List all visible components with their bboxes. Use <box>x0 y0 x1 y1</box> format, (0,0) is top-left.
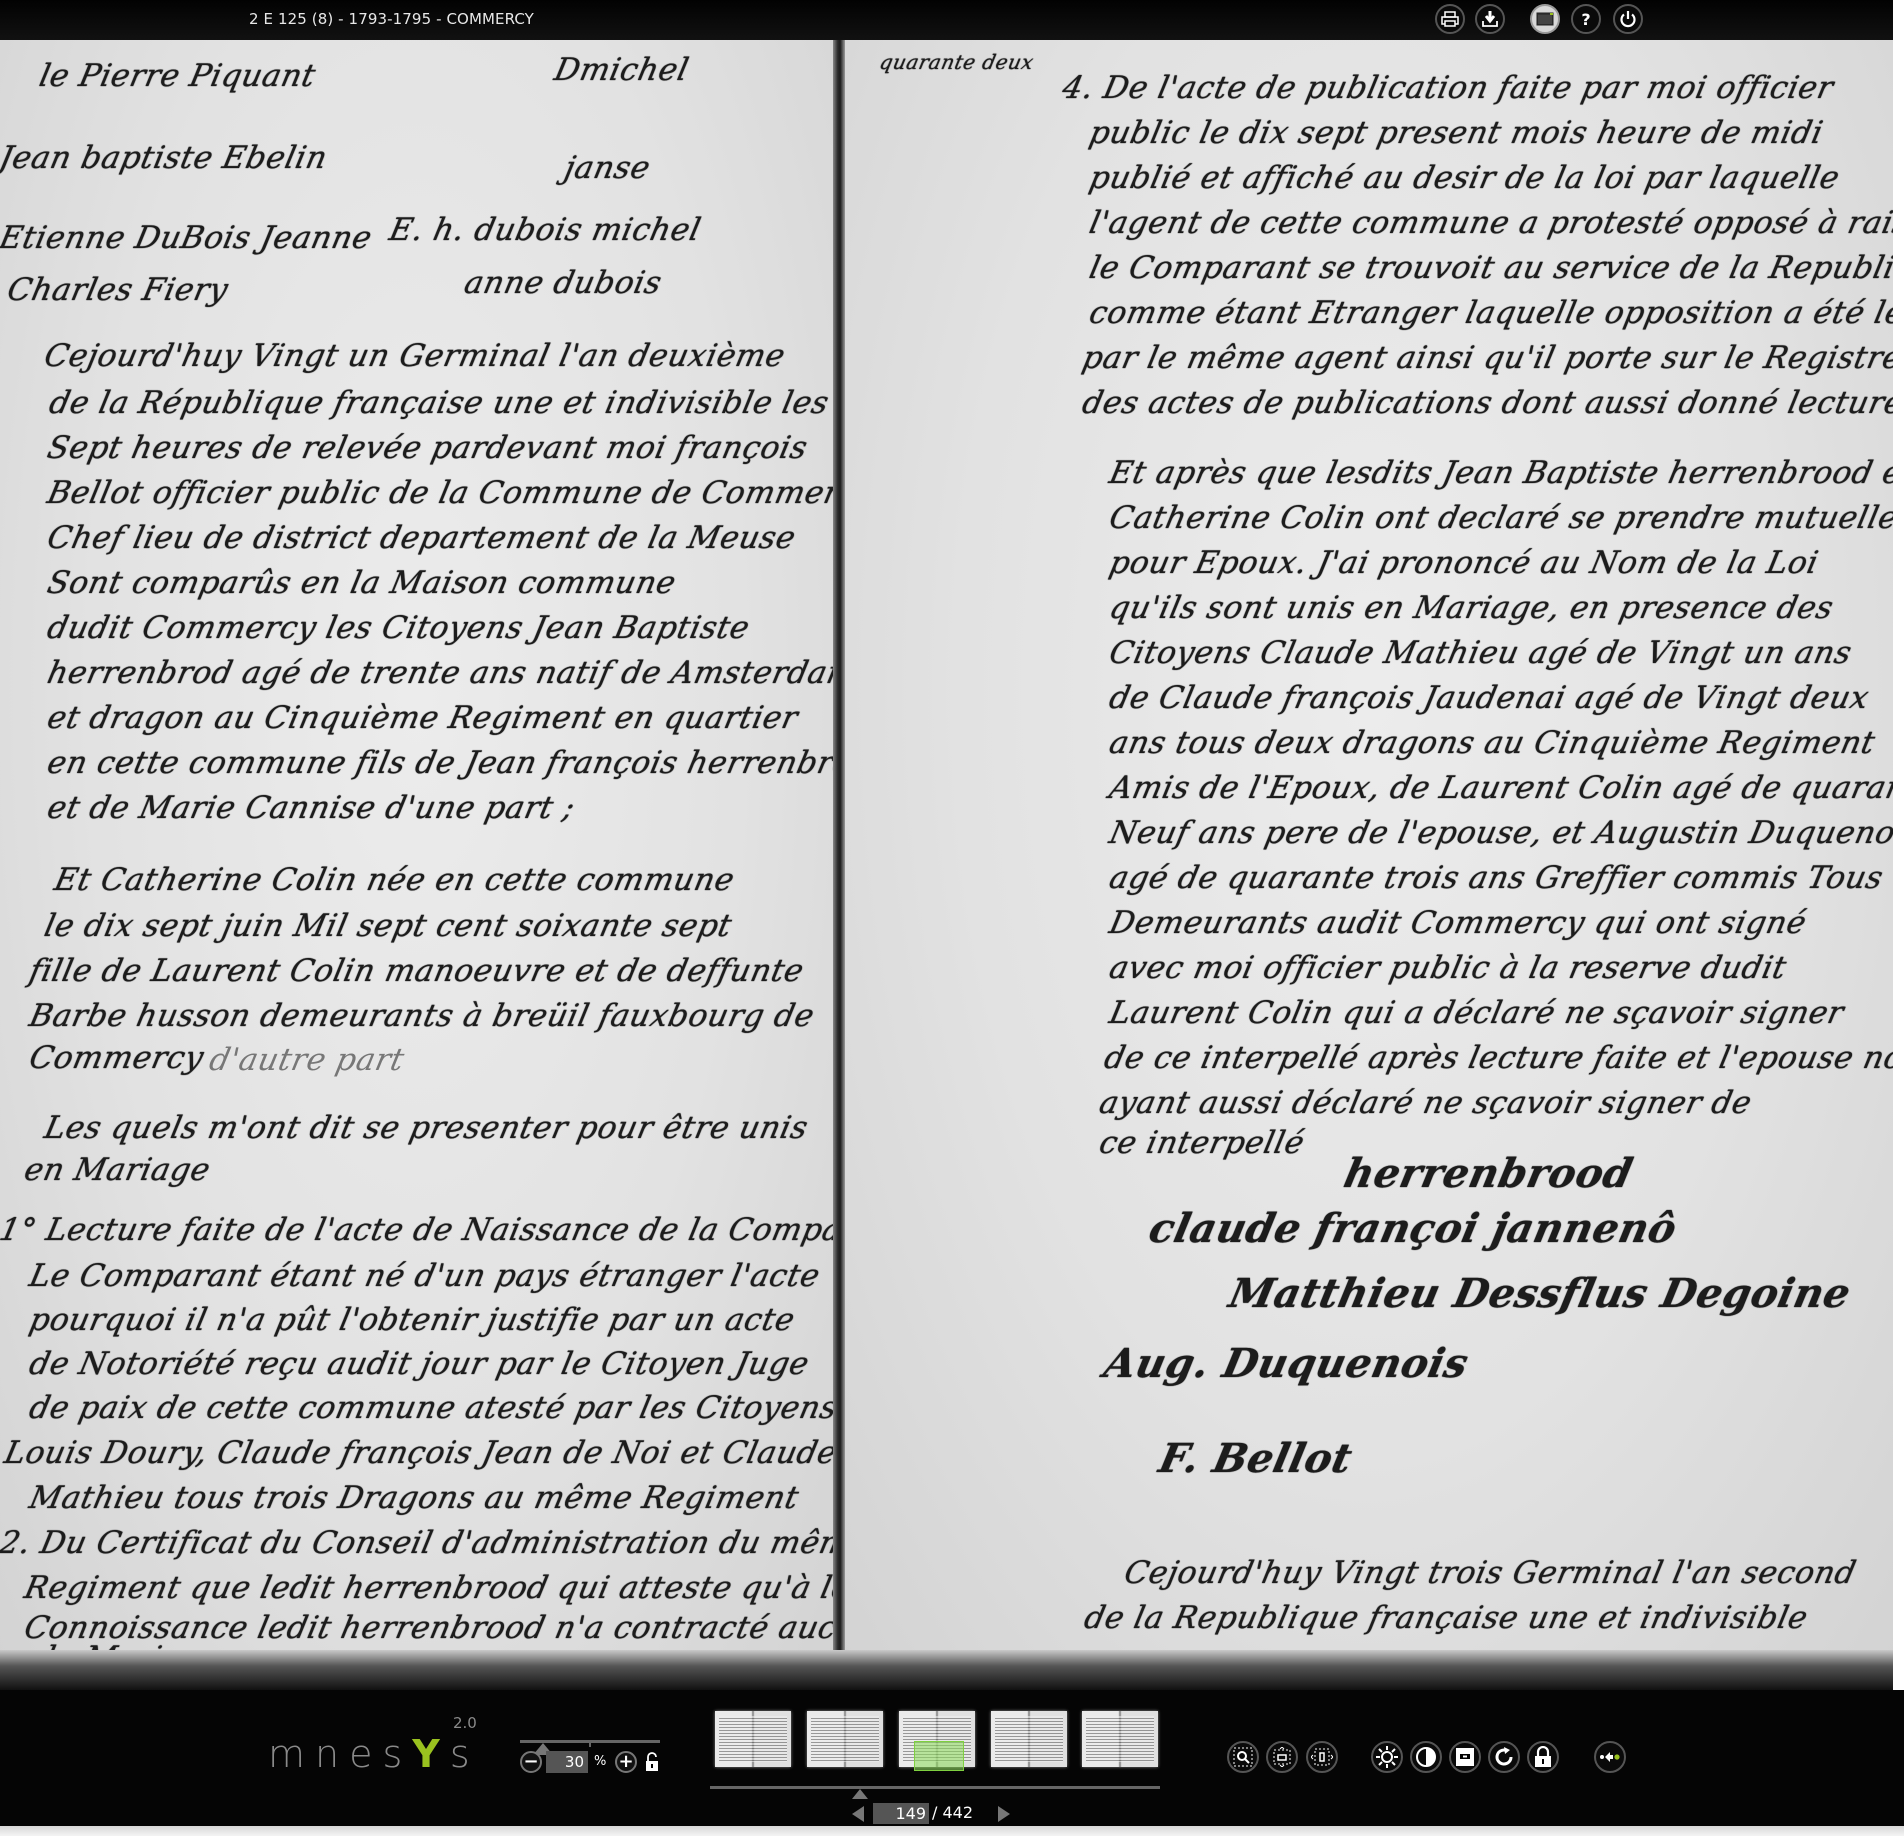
handwritten-line: Sept heures de relevée pardevant moi fra… <box>44 430 811 466</box>
handwritten-line: et de Marie Cannise d'une part ; <box>44 790 578 826</box>
thumbnail-image <box>719 1716 787 1762</box>
zoom-in-button[interactable]: + <box>615 1751 637 1773</box>
handwritten-line: le dix sept juin Mil sept cent soixante … <box>41 908 735 944</box>
handwritten-line: Commercy <box>26 1040 207 1076</box>
handwritten-line: Sont comparûs en la Maison commune <box>44 565 679 601</box>
previous-page-button[interactable] <box>852 1806 864 1822</box>
handwritten-line: Laurent Colin qui a déclaré ne sçavoir s… <box>1106 995 1847 1031</box>
thumbnail-page-147[interactable] <box>715 1711 791 1767</box>
handwritten-line: Neuf ans pere de l'epouse, et Augustin D… <box>1106 815 1893 851</box>
handwritten-line: Regiment que ledit herrenbrood qui attes… <box>21 1570 833 1606</box>
fit-width-icon <box>1311 1747 1333 1767</box>
handwritten-line: Bellot officier public de la Commune de … <box>44 475 833 511</box>
document-title: 2 E 125 (8) - 1793-1795 - COMMERCY <box>249 10 534 28</box>
zoom-percent-label: % <box>594 1754 606 1769</box>
handwritten-line: Cejourd'huy Vingt un Germinal l'an deuxi… <box>41 338 788 374</box>
rotate-button[interactable] <box>1488 1741 1520 1773</box>
handwritten-line: Et Catherine Colin née en cette commune <box>51 862 738 898</box>
handwritten-line: ans tous deux dragons au Cinquième Regim… <box>1106 725 1878 761</box>
thumbnail-page-150[interactable] <box>991 1711 1067 1767</box>
register-bottom-edge <box>0 1650 1893 1690</box>
thumbnail-image <box>1086 1716 1154 1762</box>
handwritten-line: 4. De l'acte de publication faite par mo… <box>1059 70 1837 106</box>
panel-toggle-icon <box>1599 1750 1621 1764</box>
top-bar: 2 E 125 (8) - 1793-1795 - COMMERCY ? <box>0 0 1893 40</box>
handwritten-line: agé de quarante trois ans Greffier commi… <box>1106 860 1886 896</box>
thumbnail-page-148[interactable] <box>807 1711 883 1767</box>
current-page-input[interactable] <box>873 1803 929 1824</box>
handwritten-line: anne dubois <box>461 265 665 301</box>
thumbnail-image <box>811 1716 879 1762</box>
handwritten-line: et dragon au Cinquième Regiment en quart… <box>44 700 801 736</box>
handwritten-line: Mathieu tous trois Dragons au même Regim… <box>26 1480 802 1516</box>
brightness-button[interactable] <box>1371 1741 1403 1773</box>
page-slider-track[interactable] <box>710 1786 1160 1789</box>
zoom-out-button[interactable]: − <box>520 1751 542 1773</box>
page-slider-handle[interactable] <box>852 1789 868 1799</box>
contrast-button[interactable] <box>1410 1741 1442 1773</box>
zoom-selection-button[interactable] <box>1227 1741 1259 1773</box>
handwritten-line: E. h. dubois michel <box>386 212 704 248</box>
handwritten-line: public le dix sept present mois heure de… <box>1086 115 1826 151</box>
handwritten-line: Louis Doury, Claude françois Jean de Noi… <box>1 1435 833 1471</box>
zoom-lock-icon[interactable] <box>645 1752 659 1772</box>
handwritten-line: Et après que lesdits Jean Baptiste herre… <box>1106 455 1893 491</box>
download-button[interactable] <box>1475 4 1505 34</box>
handwritten-line: des actes de publications dont aussi don… <box>1079 385 1893 421</box>
invert-button[interactable] <box>1449 1741 1481 1773</box>
handwritten-line: Citoyens Claude Mathieu agé de Vingt un … <box>1106 635 1855 671</box>
print-button[interactable] <box>1435 4 1465 34</box>
zoom-selection-icon <box>1233 1747 1253 1767</box>
handwritten-line: avec moi officier public à la reserve du… <box>1106 950 1790 986</box>
handwritten-line: Chef lieu de district departement de la … <box>44 520 799 556</box>
handwritten-line: pourquoi il n'a pût l'obtenir justifie p… <box>26 1302 798 1338</box>
fullscreen-button[interactable] <box>1530 4 1560 34</box>
handwritten-line: de Claude françois Jaudenai agé de Vingt… <box>1106 680 1872 716</box>
handwritten-line: 2. Du Certificat du Conseil d'administra… <box>0 1525 833 1561</box>
handwritten-line: herrenbrod agé de trente ans natif de Am… <box>44 655 833 691</box>
handwritten-line: 1° Lecture faite de l'acte de Naissance … <box>0 1212 833 1248</box>
zoom-slider-tick <box>589 1740 591 1747</box>
handwritten-line: publié et affiché au desir de la loi par… <box>1086 160 1843 196</box>
left-page: le Pierre PiquantDmichelJean baptiste Eb… <box>0 40 833 1665</box>
handwritten-line: Cejourd'huy Vingt trois Germinal l'an se… <box>1121 1555 1859 1591</box>
handwritten-line: d'autre part <box>206 1042 408 1078</box>
power-icon <box>1619 10 1637 28</box>
zoom-level-input[interactable] <box>546 1751 588 1773</box>
handwritten-line: le Pierre Piquant <box>36 58 319 94</box>
handwritten-line: fille de Laurent Colin manoeuvre et de d… <box>26 953 807 989</box>
signature: Aug. Duquenois <box>1100 1340 1473 1387</box>
handwritten-line: Le Comparant étant né d'un pays étranger… <box>26 1258 823 1294</box>
handwritten-line: Les quels m'ont dit se presenter pour êt… <box>41 1110 811 1146</box>
handwritten-line: de ce interpellé après lecture faite et … <box>1101 1040 1893 1076</box>
handwritten-line: de Notoriété reçu audit jour par le Cito… <box>26 1346 812 1382</box>
document-viewer[interactable]: le Pierre PiquantDmichelJean baptiste Eb… <box>0 40 1893 1690</box>
handwritten-line: l'agent de cette commune a protesté oppo… <box>1086 205 1893 241</box>
handwritten-line: Etienne DuBois Jeanne <box>0 220 375 256</box>
handwritten-line: comme étant Etranger laquelle opposition… <box>1086 295 1893 331</box>
next-page-button[interactable] <box>998 1806 1010 1822</box>
handwritten-line: dudit Commercy les Citoyens Jean Baptist… <box>44 610 753 646</box>
help-icon: ? <box>1581 10 1590 29</box>
handwritten-line: de la République française une et indivi… <box>46 385 832 421</box>
invert-icon <box>1455 1747 1475 1767</box>
help-button[interactable]: ? <box>1571 4 1601 34</box>
viewport-indicator[interactable] <box>914 1741 964 1771</box>
window-icon <box>1536 12 1554 26</box>
signature: Matthieu Dessflus Degoine <box>1225 1270 1855 1317</box>
handwritten-line: janse <box>561 150 653 186</box>
fit-width-button[interactable] <box>1306 1741 1338 1773</box>
rotate-icon <box>1493 1746 1515 1768</box>
right-page: quarante deux4. De l'acte de publication… <box>845 40 1893 1665</box>
page-gutter <box>833 40 845 1665</box>
printer-icon <box>1441 11 1459 27</box>
signature: herrenbrood <box>1340 1150 1637 1197</box>
handwritten-line: de la Republique française une et indivi… <box>1081 1600 1811 1636</box>
handwritten-line: en cette commune fils de Jean françois h… <box>44 745 833 781</box>
lock-icon <box>1534 1746 1552 1768</box>
handwritten-line: de paix de cette commune atesté par les … <box>26 1390 833 1426</box>
mnesys-logo: mnesYs <box>268 1732 480 1776</box>
handwritten-line: le Comparant se trouvoit au service de l… <box>1086 250 1893 286</box>
handwritten-line: ce interpellé <box>1096 1125 1308 1161</box>
lock-button[interactable] <box>1527 1741 1559 1773</box>
thumbnail-image <box>995 1716 1063 1762</box>
logout-button[interactable] <box>1613 4 1643 34</box>
signature: claude françoi jannenô <box>1145 1205 1681 1252</box>
handwritten-line: Demeurants audit Commercy qui ont signé <box>1106 905 1810 941</box>
brightness-icon <box>1376 1746 1398 1768</box>
handwritten-line: Charles Fiery <box>4 272 231 308</box>
handwritten-line: qu'ils sont unis en Mariage, en presence… <box>1106 590 1837 626</box>
handwritten-line: en Mariage <box>21 1152 213 1188</box>
handwritten-line: quarante deux <box>877 50 1036 74</box>
contrast-icon <box>1415 1746 1437 1768</box>
fit-height-icon <box>1272 1747 1292 1767</box>
signature: F. Bellot <box>1155 1435 1357 1482</box>
handwritten-line: Amis de l'Epoux, de Laurent Colin agé de… <box>1106 770 1893 806</box>
handwritten-line: Jean baptiste Ebelin <box>0 140 331 176</box>
logo-version: 2.0 <box>453 1714 477 1732</box>
toggle-panel-button[interactable] <box>1594 1741 1626 1773</box>
thumbnail-page-151[interactable] <box>1082 1711 1158 1767</box>
handwritten-line: ayant aussi déclaré ne sçavoir signer de <box>1096 1085 1755 1121</box>
window-bottom-edge <box>0 1826 1904 1836</box>
page-total: / 442 <box>932 1803 973 1822</box>
fit-height-button[interactable] <box>1266 1741 1298 1773</box>
handwritten-line: Dmichel <box>551 52 692 88</box>
handwritten-line: Catherine Colin ont declaré se prendre m… <box>1106 500 1893 536</box>
download-icon <box>1481 10 1499 28</box>
handwritten-line: Barbe husson demeurants à breüil fauxbou… <box>26 998 817 1034</box>
handwritten-line: par le même agent ainsi qu'il porte sur … <box>1079 340 1893 376</box>
handwritten-line: pour Epoux. J'ai prononcé au Nom de la L… <box>1106 545 1822 581</box>
